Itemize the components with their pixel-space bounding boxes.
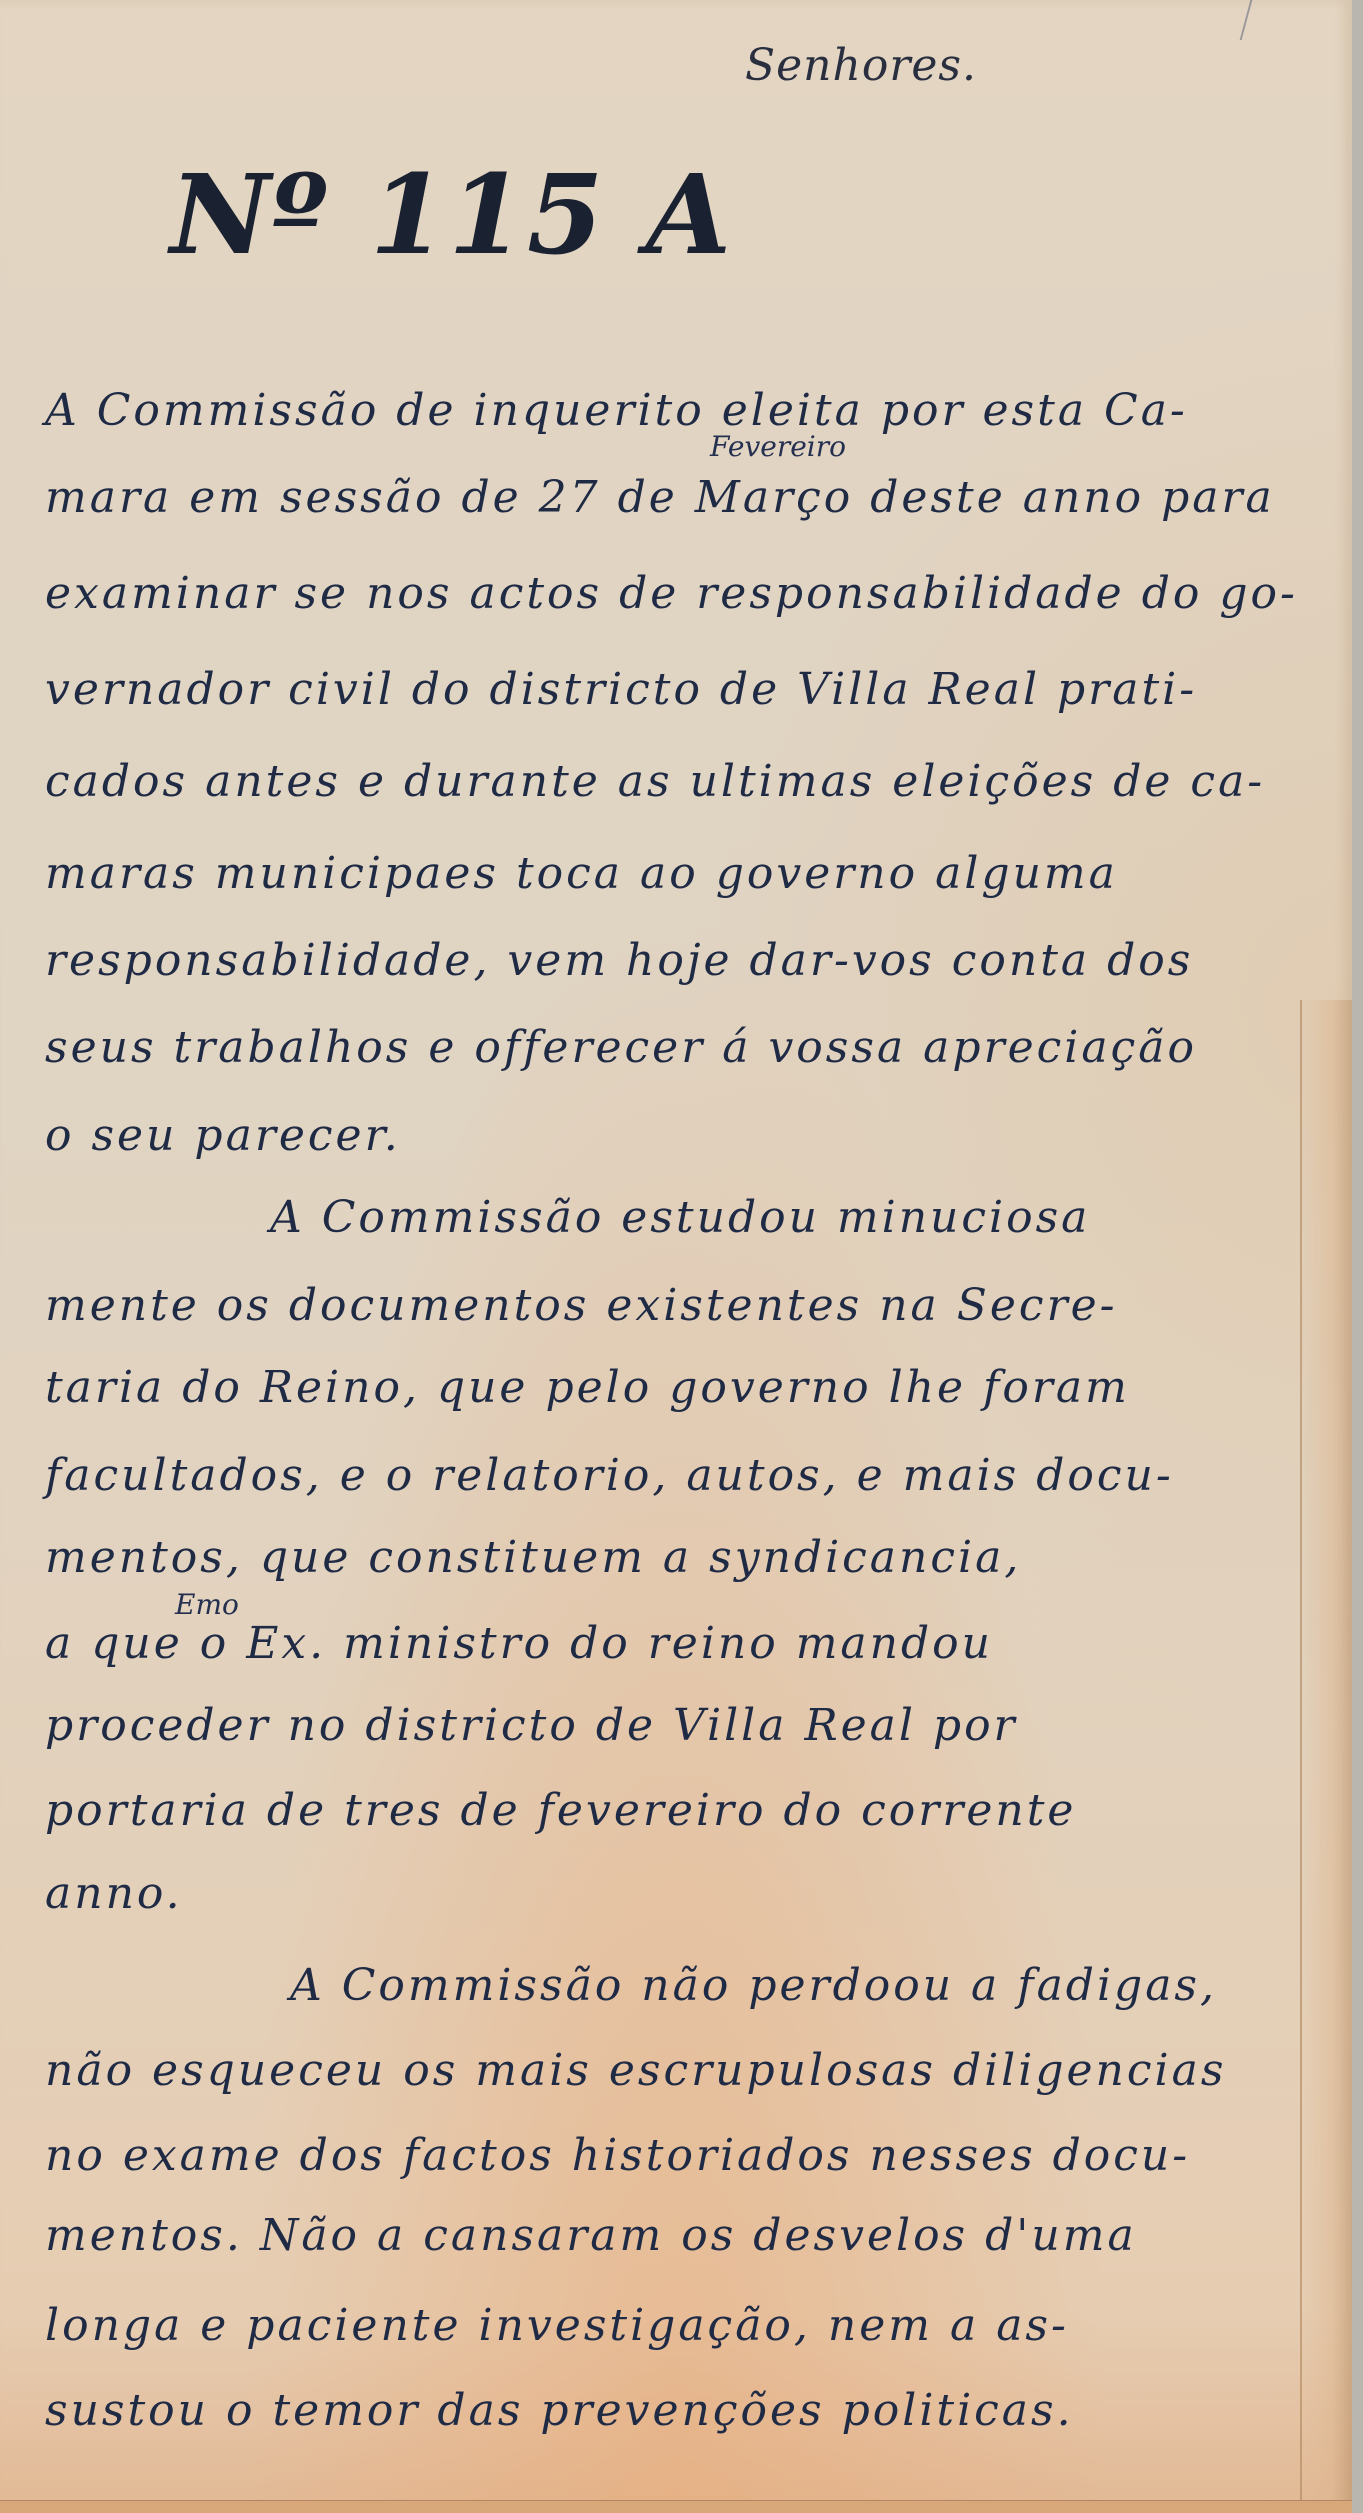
text-line: vernador civil do districto de Villa Rea… [45,664,1197,715]
manuscript-page: Senhores. Nº 115 A A Commissão de inquer… [0,0,1352,2513]
text-line: portaria de tres de fevereiro do corrent… [45,1785,1076,1836]
text-line: o seu parecer. [45,1110,401,1161]
text-line: a que o Ex. ministro do reino mandou [45,1618,993,1669]
folded-page-edge [1300,1000,1352,2513]
text-line: anno. [45,1868,183,1919]
interlinear-correction: Fevereiro [710,430,846,463]
text-line: não esqueceu os mais escrupulosas dilige… [45,2045,1226,2096]
text-line: cados antes e durante as ultimas eleiçõe… [45,756,1265,807]
text-line: facultados, e o relatorio, autos, e mais… [45,1450,1174,1501]
text-line: taria do Reino, que pelo governo lhe for… [45,1362,1130,1413]
text-line: A Commissão de inquerito eleita por esta… [45,385,1188,436]
addressee-salutation: Senhores. [745,40,977,91]
text-line: proceder no districto de Villa Real por [45,1700,1018,1751]
interlinear-title-abbrev: Emo [175,1588,239,1621]
text-line: seus trabalhos e offerecer á vossa aprec… [45,1022,1197,1073]
text-line: mentos, que constituem a syndicancia, [45,1532,1021,1583]
text-line: mente os documentos existentes na Secre- [45,1280,1118,1331]
page-corner-mark [1210,0,1253,40]
text-line: mentos. Não a cansaram os desvelos d'uma [45,2210,1137,2261]
document-number: Nº 115 A [170,150,733,279]
text-line: maras municipaes toca ao governo alguma [45,848,1118,899]
page-bottom-edge [0,2500,1352,2513]
text-line: mara em sessão de 27 de Março deste anno… [45,472,1275,523]
text-line: longa e paciente investigação, nem a as- [45,2300,1069,2351]
text-line: responsabilidade, vem hoje dar-vos conta… [45,935,1193,986]
text-line: no exame dos factos historiados nesses d… [45,2130,1190,2181]
text-line: A Commissão estudou minuciosa [270,1192,1090,1243]
text-line: sustou o temor das prevenções politicas. [45,2385,1074,2436]
text-line: A Commissão não perdoou a fadigas, [290,1960,1217,2011]
text-line: examinar se nos actos de responsabilidad… [45,568,1298,619]
